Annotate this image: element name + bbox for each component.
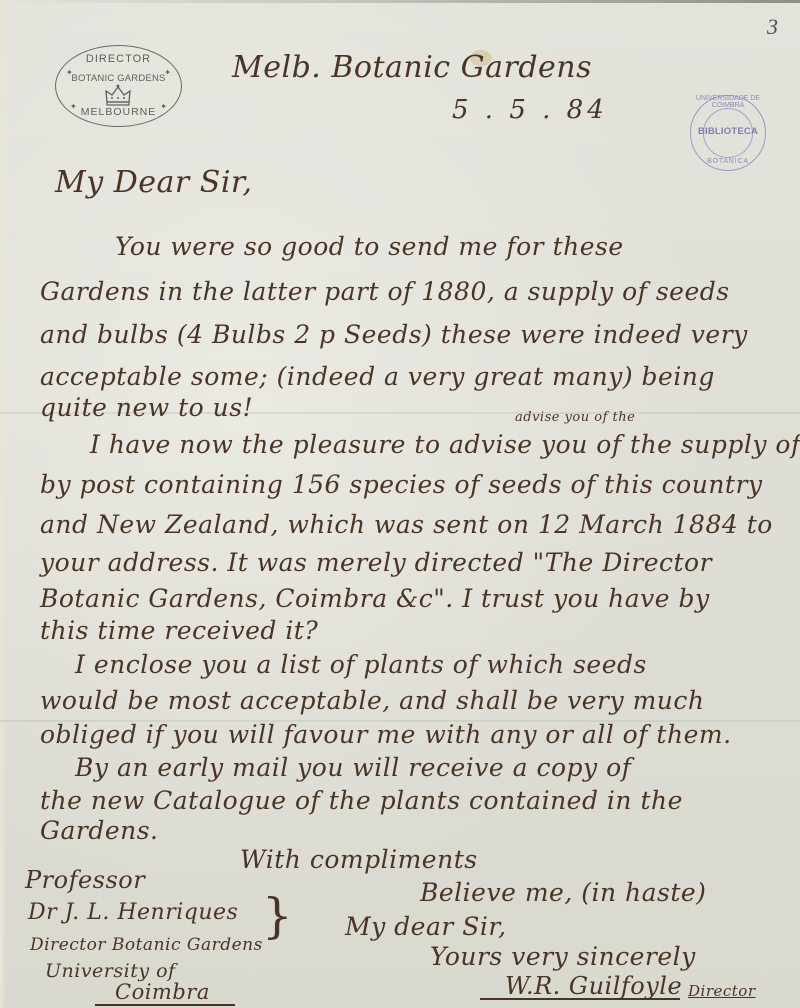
page-top-edge [0,0,800,3]
body-line: obliged if you will favour me with any o… [40,720,732,749]
body-line: the new Catalogue of the plants containe… [40,786,683,815]
signature: W.R. Guilfoyle [505,972,682,1000]
body-line: would be most acceptable, and shall be v… [40,686,705,715]
body-line: I have now the pleasure to advise you of… [90,430,800,459]
closing-compliments: With compliments [240,845,478,874]
coimbra-biblioteca-stamp: UNIVERSIDADE DE COIMBRA BIBLIOTECA BOTAN… [690,95,766,171]
interlinear-insert: advise you of the [515,410,635,425]
stamp-ring-top-text: UNIVERSIDADE DE COIMBRA [691,95,765,109]
folio-number: 3 [767,14,778,40]
body-line: quite new to us! [40,393,253,422]
body-line: I enclose you a list of plants of which … [75,650,647,679]
stamp-ring-bottom-text: BOTANICA [691,158,765,165]
closing-dear-sir: My dear Sir, [345,912,507,941]
closing-believe-me: Believe me, (in haste) [420,878,706,907]
closing-yours: Yours very sincerely [430,942,696,971]
page-left-edge [0,0,6,1008]
addressee-institution: University of [45,960,176,982]
body-line: and bulbs (4 Bulbs 2 p Seeds) these were… [40,320,748,349]
stamp-star-icon: ✦ [66,68,73,77]
stamp-center-text: BIBLIOTECA [691,126,765,137]
body-line: this time received it? [40,616,318,645]
body-line: your address. It was merely directed "Th… [40,548,712,577]
body-line: Gardens in the latter part of 1880, a su… [40,277,730,306]
body-line: and New Zealand, which was sent on 12 Ma… [40,510,773,539]
addressee-position: Director Botanic Gardens [30,935,263,955]
melbourne-botanic-gardens-stamp: DIRECTOR BOTANIC GARDENS ✦ ✦ ✦ ✦ MELBOUR… [55,45,182,127]
signature-underline [480,998,680,1000]
addressee-name: Dr J. L. Henriques [28,900,238,925]
letter-date: 5 . 5 . 84 [452,95,608,125]
body-line: by post containing 156 species of seeds … [40,470,763,499]
crown-icon [104,84,132,106]
body-line: By an early mail you will receive a copy… [75,753,631,782]
addressee-underline [95,1004,235,1006]
stamp-star-icon: ✦ [164,68,171,77]
body-line: You were so good to send me for these [115,232,624,261]
stamp-bottom-text: MELBOURNE [56,106,181,118]
addressee-title: Professor [25,866,145,894]
stamp-top-text: DIRECTOR [56,53,181,65]
body-line: Gardens. [40,816,159,845]
body-line: Botanic Gardens, Coimbra &c". I trust yo… [40,584,710,613]
body-line: acceptable some; (indeed a very great ma… [40,362,715,391]
stamp-middle-text: BOTANIC GARDENS [56,73,181,84]
salutation: My Dear Sir, [55,165,253,200]
addressee-brace: } [262,888,293,944]
letter-page: 3 DIRECTOR BOTANIC GARDENS ✦ ✦ ✦ ✦ MELBO… [0,0,800,1008]
addressee-city: Coimbra [115,980,210,1004]
letter-place: Melb. Botanic Gardens [232,50,592,85]
signatory-title: Director [688,982,756,1000]
